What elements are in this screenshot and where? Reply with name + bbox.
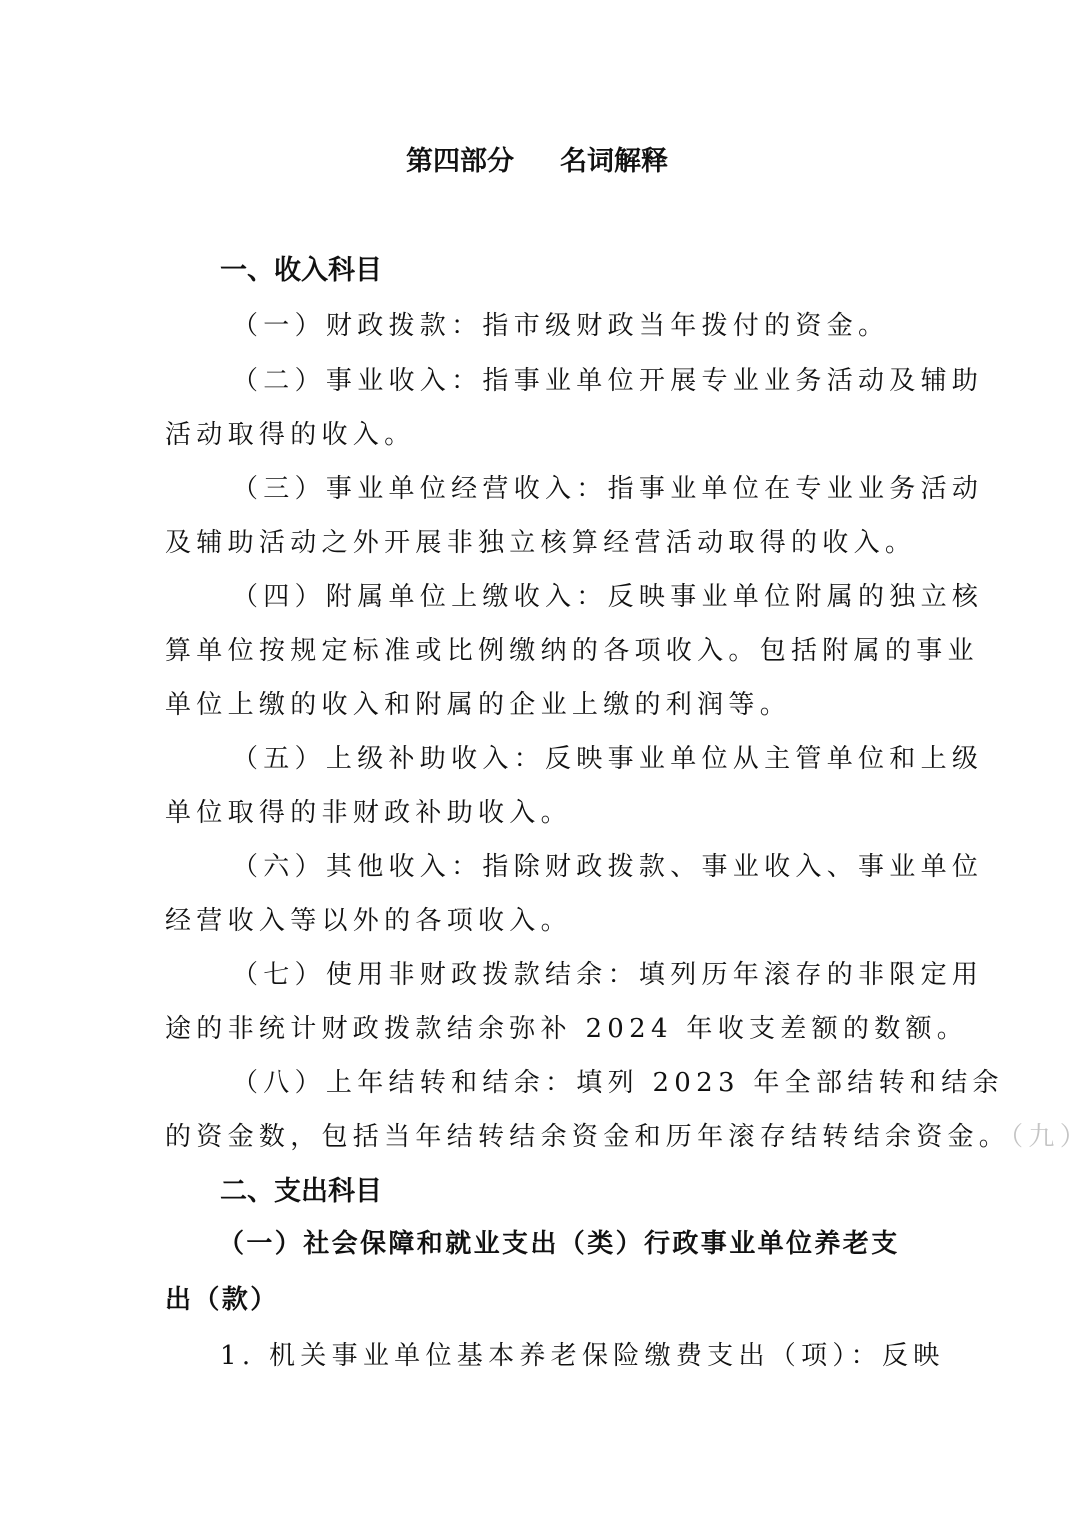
expenditure-subheading-line-1: （一）社会保障和就业支出（类）行政事业单位养老支 bbox=[218, 1226, 900, 1262]
title-name: 名词解释 bbox=[560, 146, 668, 177]
expenditure-subheading-line-2: 出（款） bbox=[165, 1282, 279, 1318]
income-item-4-line-3: 单位上缴的收入和附属的企业上缴的利润等。 bbox=[165, 687, 791, 723]
income-item-8-line-2-text: 的资金数，包括当年结转结余资金和历年滚存结转结余资金。 bbox=[165, 1122, 1010, 1152]
income-item-3-line-2: 及辅助活动之外开展非独立核算经营活动取得的收入。 bbox=[165, 525, 916, 561]
title-part: 第四部分 bbox=[406, 146, 514, 177]
income-item-1-line-1: （一）财政拨款：指市级财政当年拨付的资金。 bbox=[232, 308, 889, 344]
income-item-4-line-2: 算单位按规定标准或比例缴纳的各项收入。包括附属的事业 bbox=[165, 633, 979, 669]
income-item-2-line-1: （二）事业收入：指事业单位开展专业业务活动及辅助 bbox=[232, 363, 983, 399]
income-item-7-line-1: （七）使用非财政拨款结余：填列历年滚存的非限定用 bbox=[232, 957, 983, 993]
income-item-5-line-2: 单位取得的非财政补助收入。 bbox=[165, 795, 572, 831]
income-item-3-line-1: （三）事业单位经营收入：指事业单位在专业业务活动 bbox=[232, 471, 983, 507]
income-item-8-line-2: 的资金数，包括当年结转结余资金和历年滚存结转结余资金。（九）事业 bbox=[165, 1119, 1074, 1155]
income-item-8-line-1: （八）上年结转和结余：填列 2023 年全部结转和结余 bbox=[232, 1065, 1004, 1101]
income-item-5-line-1: （五）上级补助收入：反映事业单位从主管单位和上级 bbox=[232, 741, 983, 777]
income-item-6-line-1: （六）其他收入：指除财政拨款、事业收入、事业单位 bbox=[232, 849, 983, 885]
overflow-faded-text: （九）事业 bbox=[1010, 1122, 1074, 1152]
page-title: 第四部分名词解释 bbox=[0, 142, 1074, 182]
income-item-6-line-2: 经营收入等以外的各项收入。 bbox=[165, 903, 572, 939]
document-page: 第四部分名词解释 一、收入科目 （一）财政拨款：指市级财政当年拨付的资金。 （二… bbox=[0, 0, 1074, 1520]
income-item-7-line-2: 途的非统计财政拨款结余弥补 2024 年收支差额的数额。 bbox=[165, 1011, 968, 1047]
section-heading-expenditure: 二、支出科目 bbox=[220, 1174, 382, 1210]
section-heading-income: 一、收入科目 bbox=[220, 253, 382, 289]
income-item-4-line-1: （四）附属单位上缴收入：反映事业单位附属的独立核 bbox=[232, 579, 983, 615]
expenditure-item-1-line-1: 1. 机关事业单位基本养老保险缴费支出（项）：反映 bbox=[220, 1338, 945, 1374]
income-item-2-line-2: 活动取得的收入。 bbox=[165, 417, 415, 453]
